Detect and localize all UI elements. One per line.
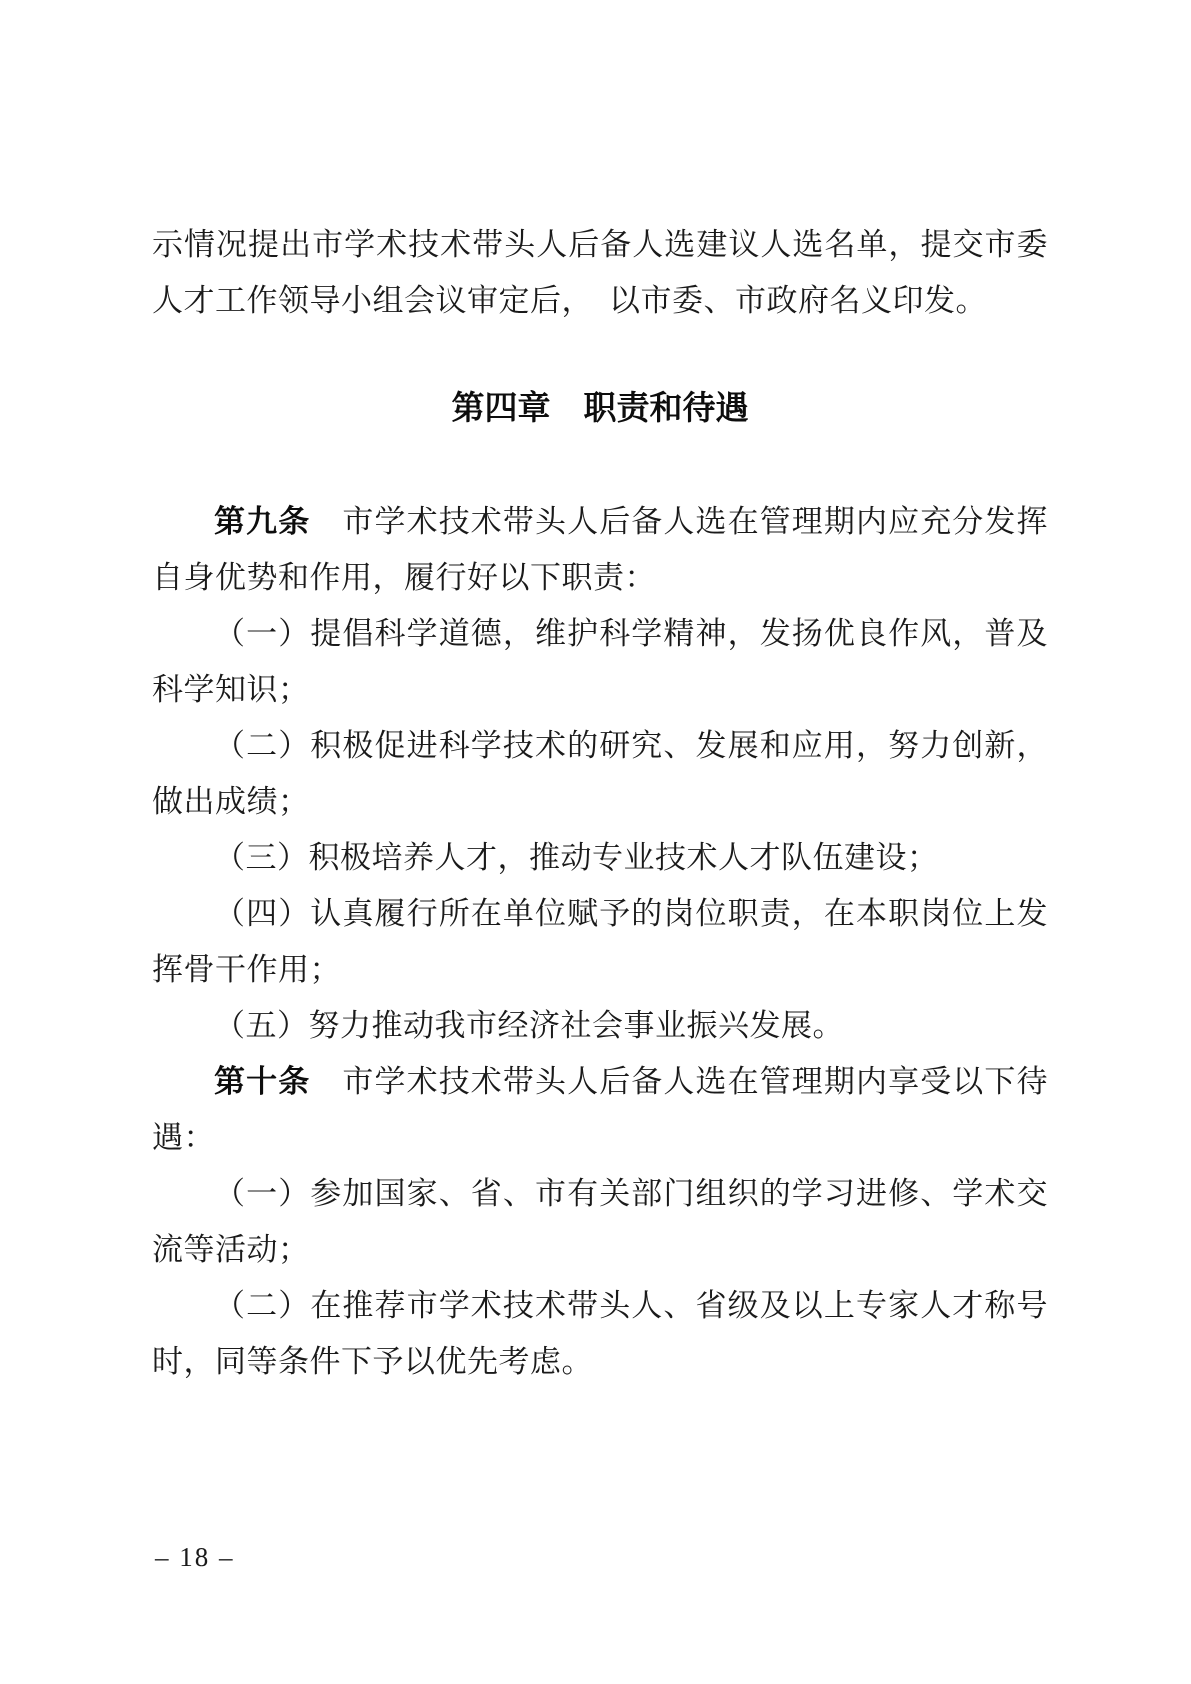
article-10-item-2-line-2: 时，同等条件下予以优先考虑。 [152, 1334, 1048, 1390]
article-9-item-1-line-2-text: 科学知识； [152, 672, 310, 707]
article-9-intro-line-2: 自身优势和作用，履行好以下职责： [152, 550, 1048, 606]
continued-paragraph-line-1: 示情况提出市学术技术带头人后备人选建议人选名单，提交市委 [152, 217, 1048, 273]
article-10-intro-line-2-text: 遇： [152, 1120, 215, 1155]
article-10-item-2-line-1-text: （二）在推荐市学术技术带头人、省级及以上专家人才称号 [214, 1288, 1048, 1323]
article-10-item-1-line-2: 流等活动； [152, 1222, 1048, 1278]
continued-paragraph-line-2: 人才工作领导小组会议审定后， 以市委、市政府名义印发。 [152, 273, 1048, 329]
article-9-item-1-line-1-text: （一）提倡科学道德，维护科学精神，发扬优良作风，普及 [214, 616, 1048, 651]
article-9-item-4-line-2-text: 挥骨干作用； [152, 952, 341, 987]
article-10-item-2-line-1: （二）在推荐市学术技术带头人、省级及以上专家人才称号 [152, 1278, 1048, 1334]
article-9-item-5-text: （五）努力推动我市经济社会事业振兴发展。 [214, 1008, 844, 1043]
article-9-item-2-line-2: 做出成绩； [152, 774, 1048, 830]
article-9-item-4-line-2: 挥骨干作用； [152, 942, 1048, 998]
article-9-item-1-line-2: 科学知识； [152, 662, 1048, 718]
article-9-item-3-text: （三）积极培养人才，推动专业技术人才队伍建设； [214, 840, 939, 875]
article-9-item-2-line-2-text: 做出成绩； [152, 784, 310, 819]
article-9-item-4-line-1: （四）认真履行所在单位赋予的岗位职责，在本职岗位上发 [152, 886, 1048, 942]
article-9-item-5-line: （五）努力推动我市经济社会事业振兴发展。 [152, 998, 1048, 1054]
article-9-item-1-line-1: （一）提倡科学道德，维护科学精神，发扬优良作风，普及 [152, 606, 1048, 662]
article-10-intro-line-1-text: 市学术技术带头人后备人选在管理期内享受以下待 [310, 1064, 1048, 1099]
article-10-label: 第十条 [214, 1064, 310, 1099]
article-9-label: 第九条 [214, 504, 310, 539]
chapter-heading: 第四章 职责和待遇 [152, 380, 1048, 436]
article-10-item-1-line-1: （一）参加国家、省、市有关部门组织的学习进修、学术交 [152, 1166, 1048, 1222]
document-page: 示情况提出市学术技术带头人后备人选建议人选名单，提交市委 人才工作领导小组会议审… [0, 0, 1191, 1684]
article-10-item-1-line-2-text: 流等活动； [152, 1232, 310, 1267]
article-9-intro-line-1-text: 市学术技术带头人后备人选在管理期内应充分发挥 [310, 504, 1048, 539]
article-9-intro-line-2-text: 自身优势和作用，履行好以下职责： [152, 560, 656, 595]
article-9-item-2-line-1: （二）积极促进科学技术的研究、发展和应用，努力创新， [152, 718, 1048, 774]
article-9-intro-line-1: 第九条 市学术技术带头人后备人选在管理期内应充分发挥 [152, 494, 1048, 550]
article-10-item-1-line-1-text: （一）参加国家、省、市有关部门组织的学习进修、学术交 [214, 1176, 1048, 1211]
article-9-item-3-line: （三）积极培养人才，推动专业技术人才队伍建设； [152, 830, 1048, 886]
document-text: 示情况提出市学术技术带头人后备人选建议人选名单，提交市委 人才工作领导小组会议审… [152, 217, 1048, 1390]
continued-paragraph-line-2-text: 人才工作领导小组会议审定后， 以市委、市政府名义印发。 [152, 283, 987, 318]
article-10-intro-line-1: 第十条 市学术技术带头人后备人选在管理期内享受以下待 [152, 1054, 1048, 1110]
article-9-item-4-line-1-text: （四）认真履行所在单位赋予的岗位职责，在本职岗位上发 [214, 896, 1048, 931]
page-number: – 18 – [155, 1537, 235, 1577]
article-9-item-2-line-1-text: （二）积极促进科学技术的研究、发展和应用，努力创新， [214, 728, 1048, 763]
article-10-item-2-line-2-text: 时，同等条件下予以优先考虑。 [152, 1344, 593, 1379]
article-10-intro-line-2: 遇： [152, 1110, 1048, 1166]
continued-paragraph-line-1-text: 示情况提出市学术技术带头人后备人选建议人选名单，提交市委 [152, 227, 1048, 262]
